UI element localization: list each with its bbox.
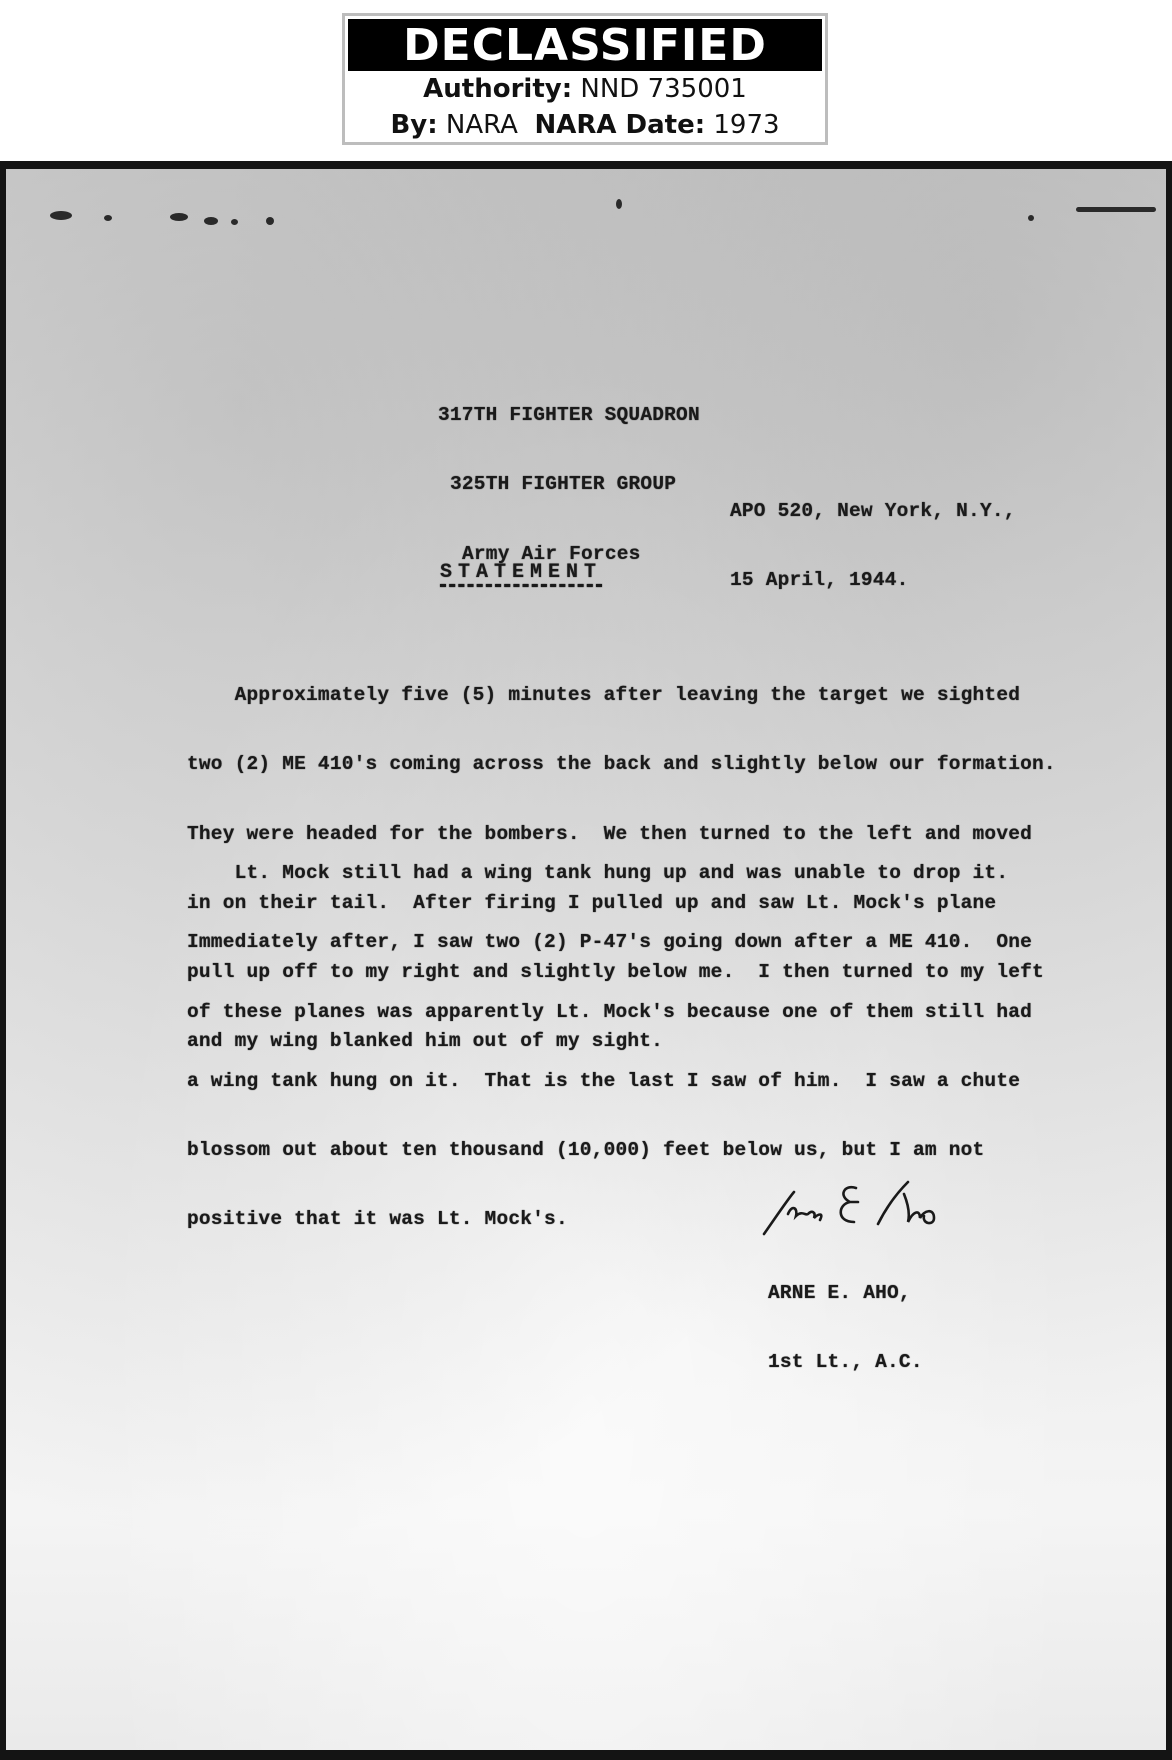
smudge-mark [231, 219, 238, 225]
handwritten-signature: Arne E. Aho [758, 1174, 958, 1244]
stamp-authority: Authority: NND 735001 [345, 71, 825, 107]
dateline: APO 520, New York, N.Y., 15 April, 1944. [730, 455, 1016, 638]
smudge-mark [1028, 215, 1034, 221]
letterhead-squadron: 317TH FIGHTER SQUADRON [438, 403, 700, 428]
smudge-mark [104, 215, 112, 221]
authority-value: NND 735001 [580, 74, 746, 104]
smudge-mark [1076, 207, 1156, 212]
authority-label: Authority: [423, 74, 572, 104]
smudge-mark [170, 213, 188, 221]
declassified-stamp: DECLASSIFIED Authority: NND 735001 By: N… [342, 13, 828, 145]
dateline-date: 15 April, 1944. [730, 568, 1016, 593]
date-value: 1973 [713, 110, 779, 140]
paragraph-line: a wing tank hung on it. That is the last… [187, 1069, 1032, 1094]
paragraph-line: Approximately five (5) minutes after lea… [187, 683, 1056, 708]
smudge-mark [204, 217, 218, 225]
paragraph-line: Lt. Mock still had a wing tank hung up a… [187, 861, 1032, 886]
paragraph-line: blossom out about ten thousand (10,000) … [187, 1138, 1032, 1163]
letterhead-group: 325TH FIGHTER GROUP [438, 472, 700, 497]
signature-block: ARNE E. AHO, 1st Lt., A.C. [768, 1237, 923, 1420]
paragraph-line: Immediately after, I saw two (2) P-47's … [187, 930, 1032, 955]
document-heading: STATEMENT [440, 561, 602, 584]
signer-name: ARNE E. AHO, [768, 1281, 923, 1306]
paragraph-line: two (2) ME 410's coming across the back … [187, 752, 1056, 777]
stamp-title: DECLASSIFIED [348, 19, 822, 71]
stamp-by-date: By: NARA NARA Date: 1973 [345, 107, 825, 143]
dateline-address: APO 520, New York, N.Y., [730, 499, 1016, 524]
smudge-mark [266, 217, 274, 225]
signer-rank: 1st Lt., A.C. [768, 1350, 923, 1375]
date-label: NARA Date: [534, 110, 705, 140]
paragraph-line: of these planes was apparently Lt. Mock'… [187, 1000, 1032, 1025]
smudge-mark [616, 199, 622, 209]
scanned-document-page: 317TH FIGHTER SQUADRON 325TH FIGHTER GRO… [0, 161, 1172, 1760]
smudge-mark [50, 211, 72, 220]
by-label: By: [390, 110, 437, 140]
by-value: NARA [446, 110, 518, 140]
